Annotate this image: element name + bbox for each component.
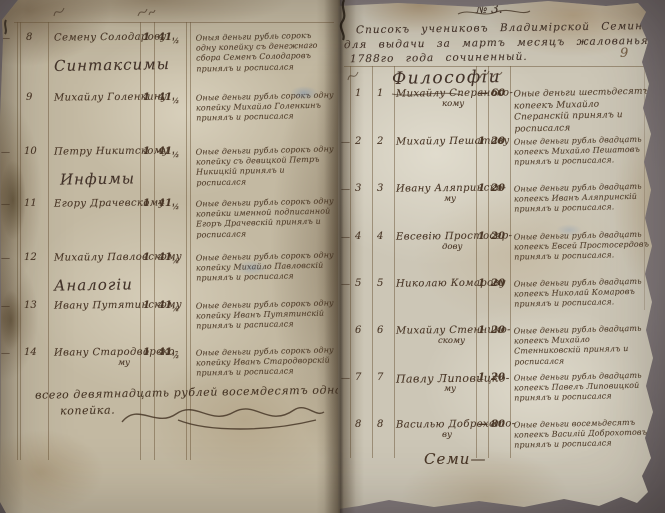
row-number: 5 <box>355 278 361 289</box>
row-dash: — <box>1 349 10 359</box>
kopecks-fraction: ½ <box>172 202 179 211</box>
kopecks-value: 41½ <box>158 300 179 313</box>
class-label: Инфимы <box>60 169 135 188</box>
kopecks-value: 20 <box>491 325 505 336</box>
rubles-value: 1 <box>143 252 150 263</box>
row-number-2: 3 <box>377 183 383 194</box>
ruled-line <box>372 66 373 458</box>
row-number: 1 <box>355 88 361 99</box>
kopecks-int: 41 <box>158 146 172 157</box>
row-dash: — <box>341 185 350 195</box>
row-number: 12 <box>24 252 37 263</box>
rubles-value: 1 <box>478 372 485 383</box>
kopecks-fraction: ½ <box>172 304 179 313</box>
kopecks-fraction: ½ <box>172 351 179 360</box>
kopecks-value: 60 <box>491 88 505 99</box>
ruled-line <box>488 66 489 458</box>
student-name: Михайлу Голенкину <box>54 91 167 103</box>
total-line-2: копейка. <box>60 404 116 418</box>
row-number-2: 8 <box>377 419 383 430</box>
receipt-note: Оные деньги шестьдесятъ копеекъ Михайло … <box>513 86 656 135</box>
receipt-note: Оные деньги рубль сорокъ одну копейку Ми… <box>196 90 335 124</box>
receipt-note: Оные деньги рубль двадцать копеекъ Евсей… <box>514 229 657 263</box>
document-number: № 3. <box>476 2 503 16</box>
kopecks-int: 41 <box>158 252 172 263</box>
binding-mark-icon <box>334 0 354 40</box>
student-name: Петру Никитскому <box>54 145 169 157</box>
kopecks-value: 41½ <box>158 92 179 105</box>
student-name-continuation: му <box>444 194 456 204</box>
row-number: 9 <box>26 92 32 103</box>
class-label: Синтаксимы <box>54 55 170 75</box>
ruled-line <box>14 22 334 23</box>
receipt-note: Оные деньги рубль сорокъ одну копейку Ми… <box>196 250 335 284</box>
receipt-note: Оныя деньги рубль сорокъ одну копейку съ… <box>196 30 335 74</box>
rubles-value: 1 <box>143 92 150 103</box>
kopecks-int: 41 <box>158 300 172 311</box>
receipt-note: Оные деньги рубль сорокъ одну копейку Ив… <box>196 298 335 332</box>
rubles-value: 1 <box>478 231 485 242</box>
kopecks-int: 41 <box>158 32 172 43</box>
ruled-line <box>20 22 21 460</box>
kopecks-int: 41 <box>158 92 172 103</box>
stain <box>0 290 22 350</box>
rubles-value: 1 <box>143 146 150 157</box>
row-dash: — <box>341 138 350 148</box>
row-number: 4 <box>355 231 361 242</box>
row-number: 7 <box>355 372 361 383</box>
row-dash: — <box>1 302 10 312</box>
kopecks-value: 41½ <box>158 252 179 265</box>
kopecks-value: 41½ <box>158 198 179 211</box>
row-number: 3 <box>355 183 361 194</box>
row-dash: — <box>1 148 10 158</box>
column-header-mark-icon <box>478 66 504 82</box>
rubles-value: 1 <box>143 347 150 358</box>
edge-mark-icon <box>1 18 11 36</box>
row-number: 10 <box>24 146 37 157</box>
rubles-value: 1 <box>478 325 485 336</box>
rubles-value: 1 <box>478 136 485 147</box>
row-number: 2 <box>355 136 361 147</box>
signature-flourish-icon <box>118 398 328 434</box>
kopecks-value: 41½ <box>158 32 179 45</box>
manuscript-spread: — 8 Семену Солодарову Синтаксимы 1 41½ О… <box>0 0 665 513</box>
column-header-mark-icon <box>52 4 66 20</box>
kopecks-int: 41 <box>158 198 172 209</box>
ruled-line <box>350 66 351 458</box>
rubles-value: — <box>478 419 488 430</box>
kopecks-value: 20 <box>491 136 505 147</box>
row-number-2: 2 <box>377 136 383 147</box>
row-number: 13 <box>24 300 37 311</box>
row-dash: — <box>1 200 10 210</box>
page-crease <box>644 60 645 310</box>
row-dash: — <box>341 280 350 290</box>
kopecks-fraction: ½ <box>172 96 179 105</box>
student-name-continuation: кому <box>442 99 464 109</box>
class-label: Аналогiи <box>54 275 133 294</box>
kopecks-fraction: ½ <box>172 150 179 159</box>
kopecks-value: 20 <box>491 372 505 383</box>
row-number: 8 <box>26 32 32 43</box>
rubles-value: 1 <box>143 300 150 311</box>
student-name-continuation: ву <box>442 430 452 440</box>
ruled-line <box>394 66 395 458</box>
receipt-note: Оные деньги рубль сорокъ одну копейки им… <box>196 196 335 240</box>
ruled-line <box>476 66 477 458</box>
row-number: 14 <box>24 347 37 358</box>
title-line-1: Списокъ учениковъ Владимiрской Семинарiи <box>356 20 665 36</box>
kopecks-int: 41 <box>158 347 172 358</box>
ruled-line <box>17 22 18 460</box>
rubles-value: 1 <box>478 183 485 194</box>
catchword: Семи— <box>424 450 486 468</box>
row-number: 8 <box>355 419 361 430</box>
student-name-continuation: скому <box>438 336 465 346</box>
kopecks-value: 20 <box>491 231 505 242</box>
row-number-2: 6 <box>377 325 383 336</box>
student-name-continuation: му <box>444 384 456 394</box>
row-number-2: 7 <box>377 372 383 383</box>
kopecks-fraction: ½ <box>172 36 179 45</box>
receipt-note: Оные деньги восемьдесятъ копеекъ Василiй… <box>514 417 657 451</box>
column-header-mark-icon <box>346 68 360 84</box>
receipt-note: Оные деньги рубль сорокъ одну копейку Ив… <box>196 345 335 379</box>
kopecks-value: 20 <box>491 183 505 194</box>
row-number: 11 <box>24 198 37 209</box>
receipt-note: Оные деньги рубль двадцать копеекъ Никол… <box>514 276 657 310</box>
title-line-3: 1788го года сочиненный. <box>350 51 528 65</box>
right-page: № 3. Списокъ учениковъ Владимiрской Семи… <box>338 0 665 513</box>
receipt-note: Оные деньги рубль двадцать копеекъ Михай… <box>514 323 657 367</box>
row-number-2: 5 <box>377 278 383 289</box>
kopecks-value: 41½ <box>158 146 179 159</box>
title-line-2: для выдачи за мартъ месяцъ жалованья <box>344 35 649 51</box>
row-number-2: 4 <box>377 231 383 242</box>
ruled-line <box>510 66 511 458</box>
row-dash: — <box>341 233 350 243</box>
student-name-continuation: му <box>118 358 130 368</box>
left-page: — 8 Семену Солодарову Синтаксимы 1 41½ О… <box>0 0 340 513</box>
kopecks-fraction: ½ <box>172 256 179 265</box>
receipt-note: Оные деньги рубль сорокъ одну копейку съ… <box>196 144 335 188</box>
rubles-value: — <box>478 88 488 99</box>
receipt-note: Оные деньги рубль двадцать копеекъ Михай… <box>514 134 657 168</box>
receipt-note: Оные деньги рубль двадцать копеекъ Павел… <box>514 370 657 404</box>
student-name: Ивану Аляпринско- <box>396 182 506 194</box>
kopecks-value: 20 <box>491 278 505 289</box>
rubles-value: 1 <box>478 278 485 289</box>
kopecks-value: 41½ <box>158 347 179 360</box>
row-number-2: 1 <box>377 88 383 99</box>
kopecks-value: 80 <box>491 419 505 430</box>
folio-number: 9 <box>620 46 628 61</box>
row-dash: — <box>341 374 350 384</box>
row-dash: — <box>1 254 10 264</box>
student-name-continuation: дову <box>442 242 462 252</box>
column-header-mark-icon <box>136 4 156 20</box>
rubles-value: 1 <box>143 198 150 209</box>
student-name: Николаю Комарову <box>396 277 506 289</box>
receipt-note: Оные деньги рубль двадцать копеекъ Иванъ… <box>514 181 657 215</box>
rubles-value: 1 <box>143 32 150 43</box>
row-number: 6 <box>355 325 361 336</box>
